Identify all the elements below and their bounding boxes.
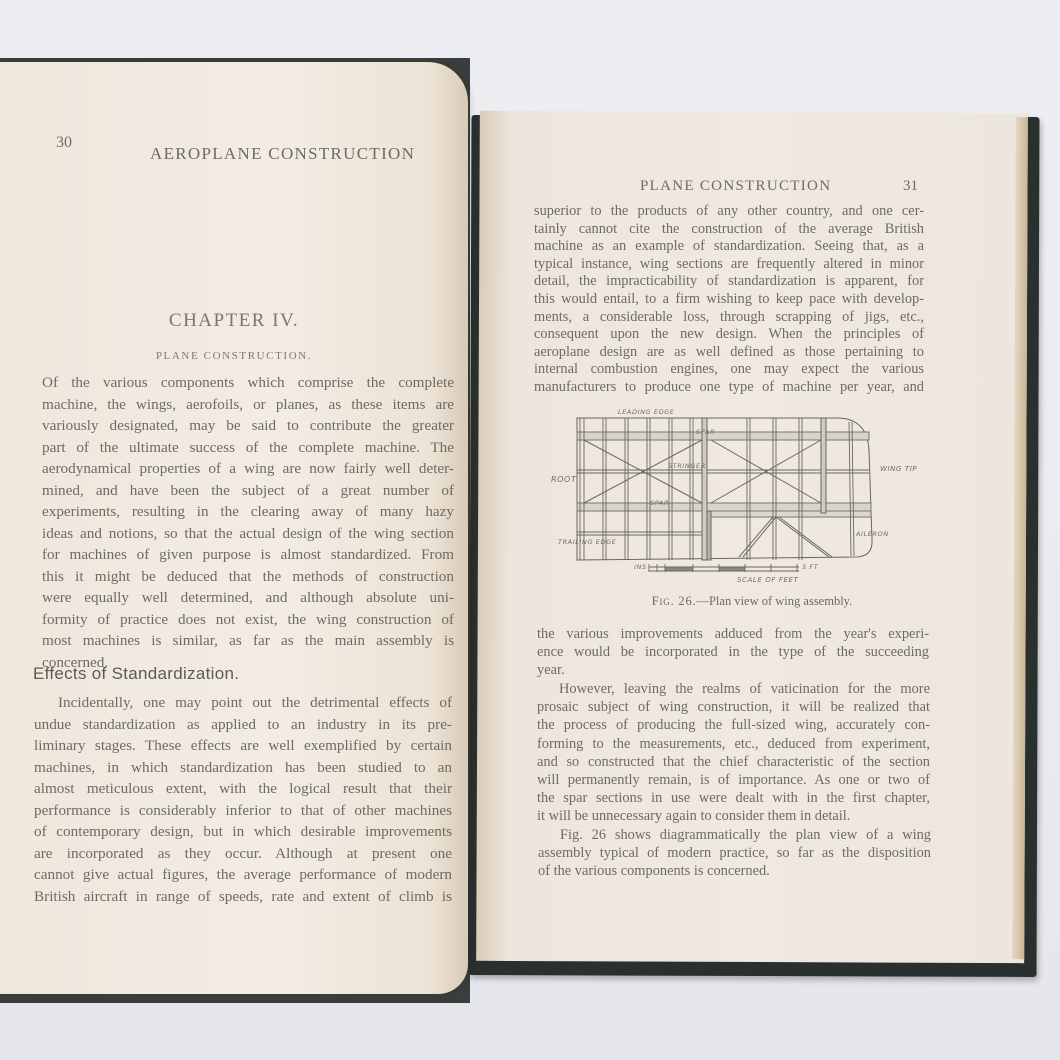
label-root: ROOT xyxy=(551,475,576,484)
right-paragraph-4: Fig. 26 shows diagrammatically the plan … xyxy=(538,826,931,881)
right-paragraph-1: superior to the products of any other co… xyxy=(534,203,924,397)
running-head-left: AEROPLANE CONSTRUCTION xyxy=(150,144,415,164)
left-page: 30 AEROPLANE CONSTRUCTION CHAPTER IV. PL… xyxy=(0,62,468,994)
wing-assembly-figure xyxy=(567,410,887,575)
label-stringer: STRINGER xyxy=(668,462,706,470)
left-paragraph-2: Incidentally, one may point out the detr… xyxy=(34,692,452,907)
label-wing-tip: WING TIP xyxy=(880,465,917,473)
page-number-right: 31 xyxy=(903,178,918,195)
scale-start-label: INS xyxy=(634,563,647,571)
wing-assembly-diagram xyxy=(567,410,887,575)
right-paragraph-2: the various improvements adduced from th… xyxy=(537,625,929,680)
left-paragraph-1: Of the various components which comprise… xyxy=(42,372,454,673)
label-spar-rear: SPAR xyxy=(650,499,669,507)
figure-caption-prefix: Fig. 26. xyxy=(652,594,697,608)
label-spar-front: SPAR xyxy=(696,428,715,436)
label-trailing-edge: TRAILING EDGE xyxy=(558,538,616,546)
scale-end-label: 5 FT xyxy=(802,563,818,571)
label-leading-edge: LEADING EDGE xyxy=(618,408,675,416)
right-paragraph-3: However, leaving the realms of vaticinat… xyxy=(537,680,930,826)
scale-of-feet-label: SCALE OF FEET xyxy=(737,576,798,584)
label-aileron: AILERON xyxy=(856,530,889,538)
figure-caption-text: —Plan view of wing assembly. xyxy=(696,594,852,608)
running-head-right: PLANE CONSTRUCTION xyxy=(640,178,831,195)
chapter-subtitle: PLANE CONSTRUCTION. xyxy=(0,350,468,362)
section-heading: Effects of Standardization. xyxy=(33,664,239,684)
chapter-title: CHAPTER IV. xyxy=(0,310,468,332)
page-number-left: 30 xyxy=(56,134,72,152)
figure-caption: Fig. 26.—Plan view of wing assembly. xyxy=(478,594,1026,609)
